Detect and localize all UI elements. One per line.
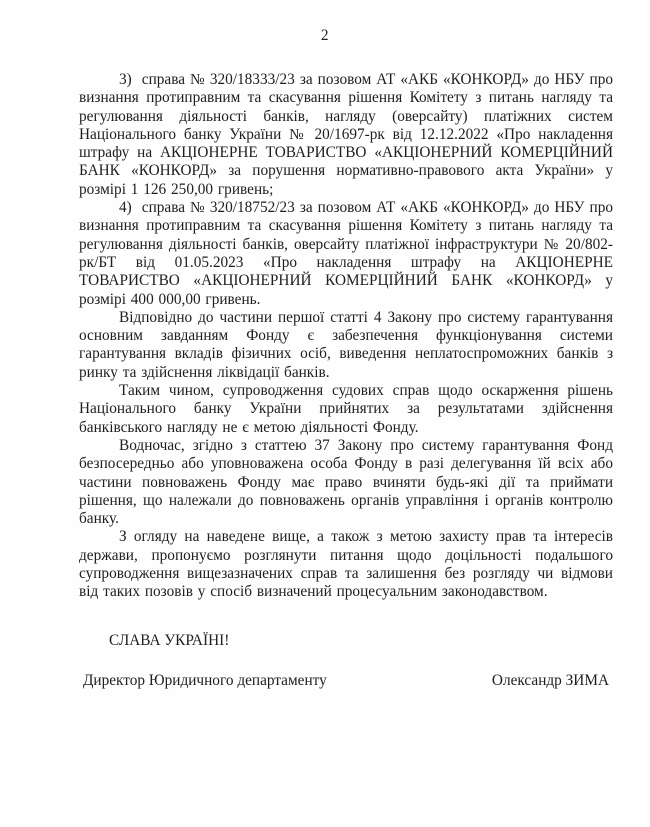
slogan-text: СЛАВА УКРАЇНІ! [79,632,613,650]
signature-row: Директор Юридичного департаменту Олексан… [83,672,609,690]
paragraph-case-item-4: 4) справа № 320/18752/23 за позовом АТ «… [79,199,613,309]
signature-title: Директор Юридичного департаменту [83,672,327,690]
paragraph-proposal: З огляду на наведене вище, а також з мет… [79,528,613,601]
paragraph-conclusion-fund-purpose: Таким чином, супроводження судових справ… [79,382,613,437]
paragraph-law-article-37: Водночас, згідно з статтею 37 Закону про… [79,437,613,528]
paragraph-case-item-3: 3) справа № 320/18333/23 за позовом АТ «… [79,71,613,199]
paragraph-law-article-4: Відповідно до частини першої статті 4 За… [79,309,613,382]
document-page: 2 3) справа № 320/18333/23 за позовом АТ… [0,0,650,827]
document-body: 3) справа № 320/18333/23 за позовом АТ «… [79,71,613,602]
page-number: 2 [0,0,650,45]
signature-name: Олександр ЗИМА [492,672,609,690]
